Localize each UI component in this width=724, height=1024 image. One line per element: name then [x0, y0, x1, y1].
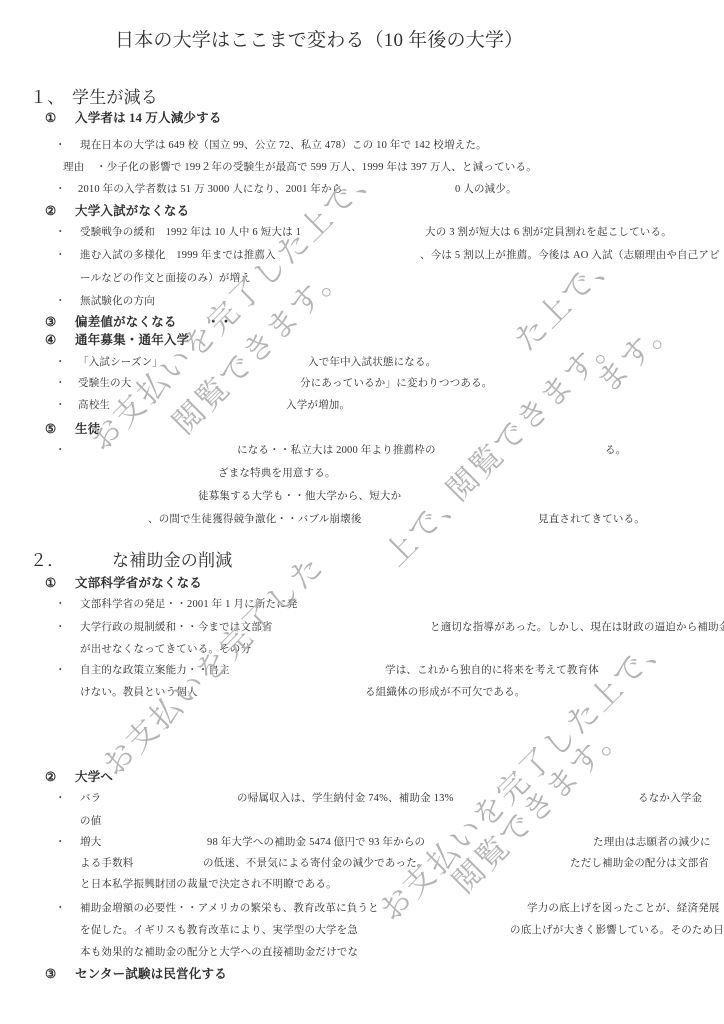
heading-1-5: ⑤: [45, 422, 56, 436]
bullet-line: 受験戦争の緩和 1992 年は 10 人中 6 短大は 1: [80, 227, 301, 239]
heading-1-4: 通年募集・通年入学: [75, 333, 189, 347]
heading-1-2: ②: [45, 204, 56, 218]
heading-1-5: 生徒: [75, 422, 100, 436]
section-2-heading: な補助金の削減: [112, 551, 232, 571]
heading-2-3: ③: [45, 967, 56, 981]
bullet-line: ・: [55, 837, 66, 849]
bullet-line: 大学行政の規制緩和・・今までは文部省: [80, 622, 273, 634]
bullet-line: た理由は志願者の減少に: [593, 837, 711, 849]
bullet-line: 現在日本の大学は 649 校（国立 99、公立 72、私立 478）この 10 …: [80, 140, 487, 152]
bullet-line: ・: [55, 903, 66, 915]
bullet-line: 補助金増額の必要性・・アメリカの繁栄も、教育改革に負うと: [80, 903, 379, 915]
bullet-line: 受験生の大: [78, 378, 132, 390]
bullet-line: 大の 3 割が短大は 6 割が定員割れを起こしている。: [425, 227, 672, 239]
bullet-line: ・: [55, 296, 66, 308]
bullet-line: ・: [55, 250, 66, 262]
bullet-line: ・: [55, 227, 66, 239]
bullet-line: る。: [605, 445, 626, 457]
doc-title: 日本の大学はここまで変わる（10 年後の大学）: [115, 30, 523, 52]
bullet-line: 徒募集する大学も・・他大学から、短大か: [198, 491, 401, 503]
bullet-line: 分にあっているか」に変わりつつある。: [300, 378, 493, 390]
bullet-line: 、の間で生徒獲得競争激化・・バブル崩壊後: [148, 514, 362, 526]
heading-1-3: ③: [45, 315, 56, 329]
heading-2-2: 大学へ: [75, 770, 113, 784]
bullet-line: ・: [55, 445, 66, 457]
section-1-heading: 学生が減る: [72, 88, 158, 108]
heading-2-1: ①: [45, 576, 56, 590]
watermark-fragment: 閲覧できます。: [441, 323, 625, 507]
bullet-line: 入で年中入試状態になる。: [308, 357, 436, 369]
bullet-line: 見直されてきている。: [538, 514, 645, 526]
bullet-line: の帰属収入は、学生納付金 74%、補助金 13%: [237, 793, 454, 805]
bullet-line: 無試験化の方向: [80, 296, 155, 308]
bullet-line: 学力の底上げを図ったことが、経済発展: [527, 903, 720, 915]
bullet-line: バラ: [80, 793, 101, 805]
bullet-line: 0 人の減少。: [455, 184, 517, 196]
watermark-fragment: ます。: [591, 308, 681, 398]
watermark-fragment: 閲覧できます。: [447, 715, 631, 899]
bullet-line: ・少子化の影響で 199２年の受験生が最高で 599 万人、1999 年は 39…: [96, 162, 537, 174]
bullet-line: ・: [55, 140, 66, 152]
bullet-line: ・: [55, 622, 66, 634]
bullet-line: 本も効果的な補助金の配分と大学への直接補助金だけでな: [80, 947, 358, 959]
bullet-line: けない。教員という個人: [80, 687, 198, 699]
document-page: 日本の大学はここまで変わる（10 年後の大学）１、学生が減る①入学者は 14 万…: [0, 0, 724, 1024]
bullet-line: 文部科学省の発足・・2001 年 1 月に新たに発: [80, 599, 298, 611]
bullet-line: ざまな特典を用意する。: [218, 468, 336, 480]
bullet-line: ただし補助金の配分は文部省: [570, 858, 709, 870]
bullet-line: を促した。イギリスも教育改革により、実学型の大学を急: [80, 925, 358, 937]
bullet-line: と適切な指導があった。しかし、現在は財政の逼迫から補助金: [430, 622, 724, 634]
bullet-line: 理由: [63, 162, 84, 174]
section-1-heading: １、: [30, 88, 64, 108]
heading-1-4: ④: [45, 333, 56, 347]
bullet-line: の値: [80, 816, 101, 828]
bullet-line: ・: [55, 599, 66, 611]
heading-2-2: ②: [45, 770, 56, 784]
bullet-line: が出せなくなってきている。その分: [80, 644, 251, 656]
bullet-line: 増大: [80, 837, 101, 849]
heading-2-1: 文部科学省がなくなる: [75, 576, 202, 590]
heading-1-1: 入学者は 14 万人減少する: [75, 111, 222, 125]
section-2-heading: ２．: [30, 551, 64, 571]
bullet-line: と日本私学振興財団の裁量で決定され不明瞭である。: [80, 879, 337, 891]
bullet-line: 自主的な政策立案能力・・自主: [80, 665, 230, 677]
heading-1-1: ①: [45, 111, 56, 125]
heading-1-2: 大学入試がなくなる: [75, 204, 189, 218]
heading-1-3: 偏差値がなくなる: [75, 315, 177, 329]
bullet-line: ールなどの作文と面接のみ）が増え: [80, 273, 251, 285]
bullet-line: ・: [55, 184, 66, 196]
bullet-line: よる手数料: [80, 858, 134, 870]
bullet-line: 進む入試の多様化 1999 年までは推薦入: [80, 250, 276, 262]
bullet-line: になる・・私立大は 2000 年より推薦枠の: [237, 445, 436, 457]
bullet-line: ・: [55, 793, 66, 805]
bullet-line: 高校生: [78, 400, 110, 412]
bullet-line: 、今は 5 割以上が推薦。今後は AO 入試（志願理由や自己アピ: [420, 250, 720, 262]
bullet-line: 学は、これから独自的に将来を考えて教育体: [385, 665, 599, 677]
bullet-line: の底上げが大きく影響している。そのため日: [510, 925, 724, 937]
bullet-line: 2010 年の入学者数は 51 万 3000 人になり、2001 年から: [78, 184, 342, 196]
bullet-line: 「入試シーズン」: [78, 357, 163, 369]
bullet-line: ・: [55, 665, 66, 677]
bullet-line: ・: [55, 400, 66, 412]
bullet-line: ・: [55, 378, 66, 390]
heading-2-3: センター試験は民営化する: [75, 967, 227, 981]
bullet-line: の低迷、不景気による寄付金の減少であった。: [203, 858, 428, 870]
bullet-line: 入学が増加。: [286, 400, 350, 412]
bullet-line: ・: [55, 357, 66, 369]
bullet-line: 98 年大学への補助金 5474 億円で 93 年からの: [207, 837, 425, 849]
heading-1-3: ・・: [207, 315, 232, 329]
bullet-line: るなか入学金: [638, 793, 702, 805]
bullet-line: る組織体の形成が不可欠である。: [365, 687, 526, 699]
